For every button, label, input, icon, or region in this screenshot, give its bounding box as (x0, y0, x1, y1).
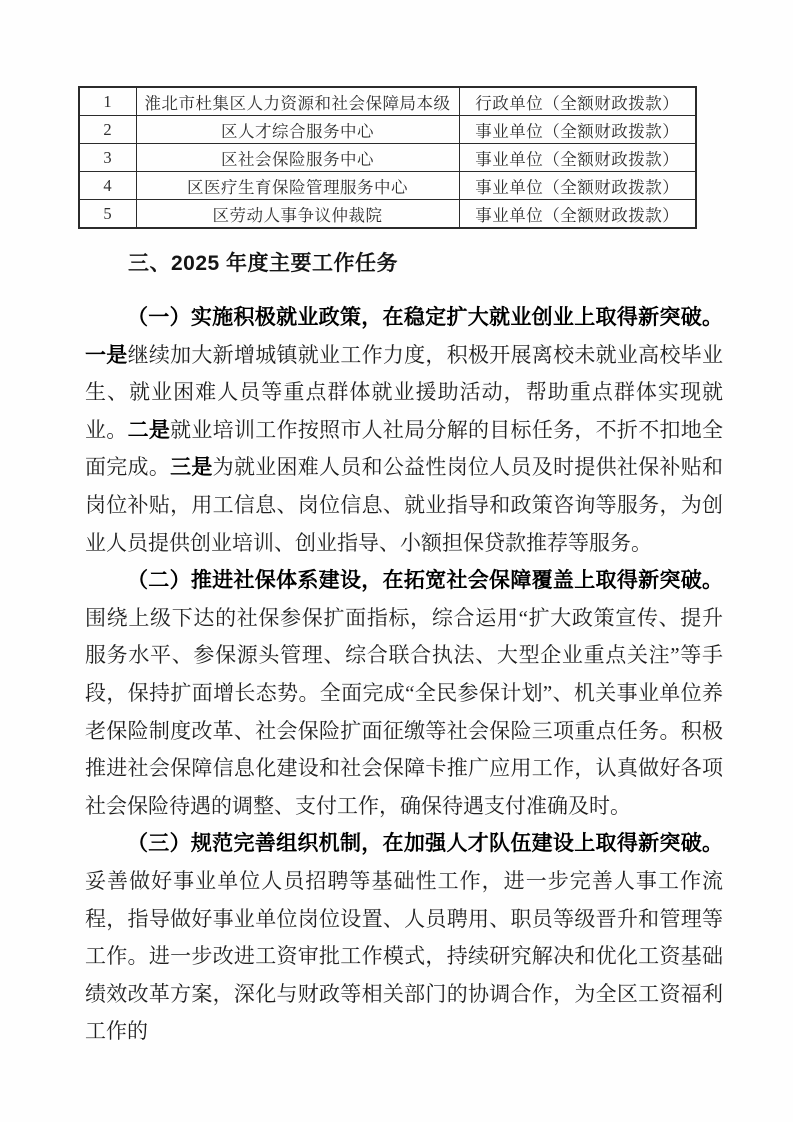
cell-unit-type: 事业单位（全额财政拨款） (459, 116, 696, 144)
cell-unit-type: 事业单位（全额财政拨款） (459, 200, 696, 229)
text-run: 围绕上级下达的社保参保扩面指标，综合运用“扩大政策宣传、提升服务水平、参保源头管… (85, 606, 723, 818)
text-run: 一是 (85, 343, 128, 367)
table-row: 3区社会保险服务中心事业单位（全额财政拨款） (79, 144, 696, 172)
cell-row-number: 2 (79, 116, 136, 144)
cell-row-number: 3 (79, 144, 136, 172)
tasks-paragraphs: （一）实施积极就业政策，在稳定扩大就业创业上取得新突破。一是继续加大新增城镇就业… (85, 299, 723, 1051)
text-run: 三是 (170, 455, 213, 479)
cell-unit-name: 区医疗生育保险管理服务中心 (136, 172, 459, 200)
cell-unit-name: 区劳动人事争议仲裁院 (136, 200, 459, 229)
cell-unit-name: 区人才综合服务中心 (136, 116, 459, 144)
text-run: （一）实施积极就业政策，在稳定扩大就业创业上取得新突破。 (127, 305, 723, 329)
table-row: 5区劳动人事争议仲裁院事业单位（全额财政拨款） (79, 200, 696, 229)
text-run: 妥善做好事业单位人员招聘等基础性工作，进一步完善人事工作流程，指导做好事业单位岗… (85, 869, 723, 1043)
table-row: 4区医疗生育保险管理服务中心事业单位（全额财政拨款） (79, 172, 696, 200)
cell-row-number: 4 (79, 172, 136, 200)
document-page: 1淮北市杜集区人力资源和社会保障局本级行政单位（全额财政拨款）2区人才综合服务中… (0, 0, 793, 1122)
units-table: 1淮北市杜集区人力资源和社会保障局本级行政单位（全额财政拨款）2区人才综合服务中… (78, 86, 697, 229)
cell-row-number: 5 (79, 200, 136, 229)
paragraph: （二）推进社保体系建设，在拓宽社会保障覆盖上取得新突破。围绕上级下达的社保参保扩… (85, 562, 723, 825)
cell-unit-type: 事业单位（全额财政拨款） (459, 172, 696, 200)
cell-row-number: 1 (79, 87, 136, 116)
cell-unit-type: 行政单位（全额财政拨款） (459, 87, 696, 116)
cell-unit-type: 事业单位（全额财政拨款） (459, 144, 696, 172)
text-run: 二是 (128, 418, 171, 442)
paragraph: （一）实施积极就业政策，在稳定扩大就业创业上取得新突破。一是继续加大新增城镇就业… (85, 299, 723, 562)
cell-unit-name: 区社会保险服务中心 (136, 144, 459, 172)
cell-unit-name: 淮北市杜集区人力资源和社会保障局本级 (136, 87, 459, 116)
units-table-body: 1淮北市杜集区人力资源和社会保障局本级行政单位（全额财政拨款）2区人才综合服务中… (79, 87, 696, 228)
table-row: 2区人才综合服务中心事业单位（全额财政拨款） (79, 116, 696, 144)
text-run: （三）规范完善组织机制，在加强人才队伍建设上取得新突破。 (127, 831, 723, 855)
text-run: （二）推进社保体系建设，在拓宽社会保障覆盖上取得新突破。 (127, 568, 723, 592)
section-heading: 三、2025 年度主要工作任务 (85, 245, 723, 283)
paragraph: （三）规范完善组织机制，在加强人才队伍建设上取得新突破。妥善做好事业单位人员招聘… (85, 825, 723, 1051)
table-row: 1淮北市杜集区人力资源和社会保障局本级行政单位（全额财政拨款） (79, 87, 696, 116)
